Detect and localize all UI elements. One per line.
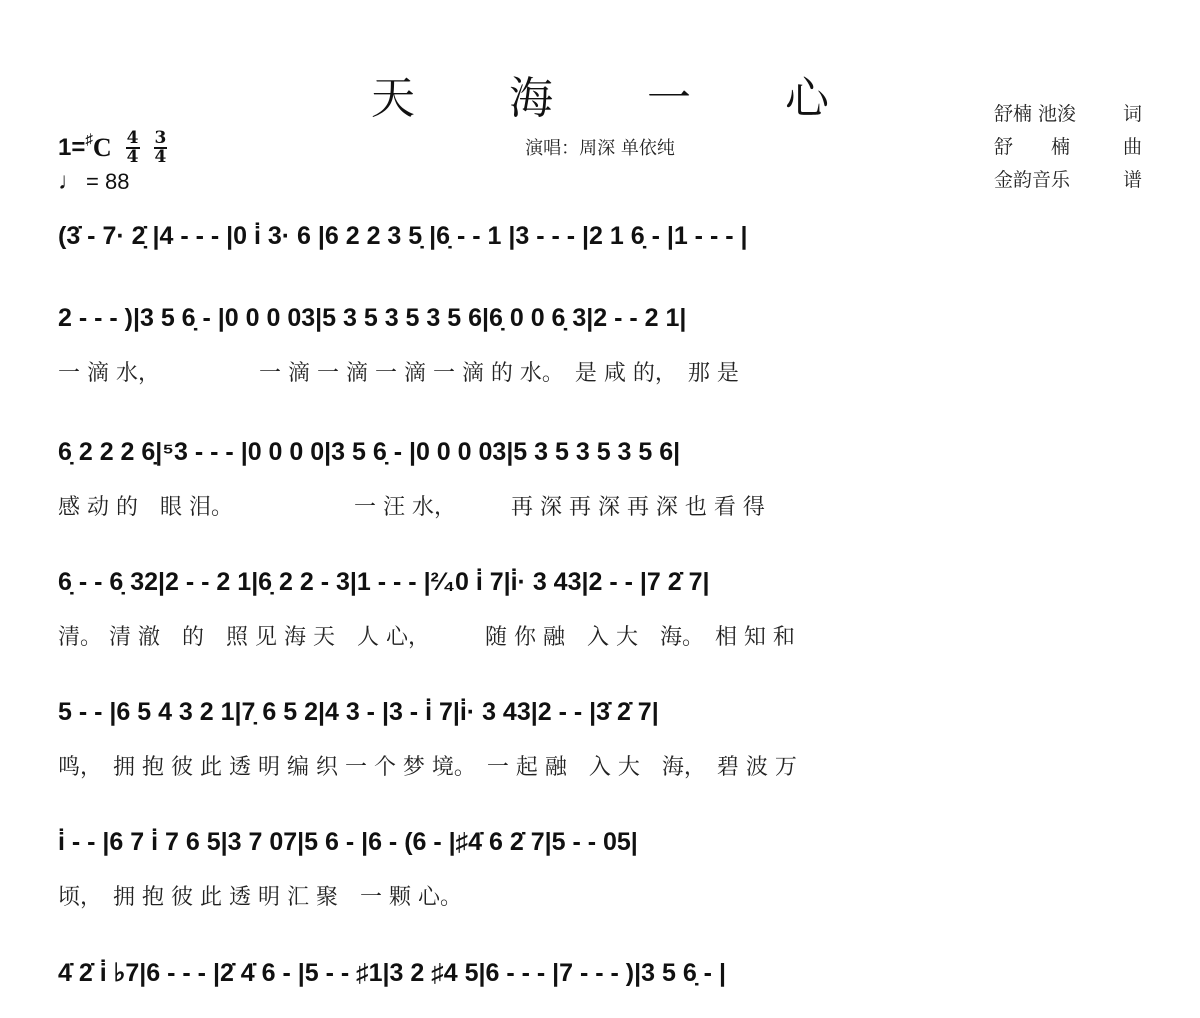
time-signature-3-4: 3 4 bbox=[154, 130, 168, 165]
tempo-marking: ♩ = 88 bbox=[58, 168, 129, 196]
credit-name: 舒楠 池浚 bbox=[994, 98, 1076, 131]
key-note: C bbox=[93, 133, 112, 163]
credit-name: 舒 楠 bbox=[994, 131, 1070, 164]
tempo-value: = 88 bbox=[86, 169, 129, 195]
staff-row-1: (3̇ - 7· 2̣̇ |4 - - - |0 i̇ 3· 6 |6 2 2 … bbox=[58, 222, 1148, 268]
notes: 2 - - - )|3 5 6̣ - |0 0 0 03|5 3 5 3 5 3… bbox=[58, 304, 1148, 350]
credit-name: 金韵音乐 bbox=[994, 164, 1070, 197]
credit-role: 曲 bbox=[1123, 131, 1142, 164]
notes: i̇ - - |6 7 i̇ 7 6 5|3 7 07|5 6 - |6 - (… bbox=[58, 828, 1148, 874]
notes: 6̣ 2 2 2 6̣|⁵3 - - - |0 0 0 0|3 5 6̣ - |… bbox=[58, 438, 1148, 484]
staff-row-7: 4̇ 2̇ i̇ ♭7|6 - - - |2̇ 4̇ 6 - |5 - - ♯1… bbox=[58, 958, 1148, 1004]
credit-composer: 舒 楠 曲 bbox=[994, 131, 1142, 164]
notes: 6̣ - - 6̣ 32|2 - - 2 1|6̣ 2 2 - 3|1 - - … bbox=[58, 568, 1148, 614]
staff-row-4: 6̣ - - 6̣ 32|2 - - 2 1|6̣ 2 2 - 3|1 - - … bbox=[58, 568, 1148, 656]
lyrics: 感 动 的 眼 泪。 一 汪 水， 再 深 再 深 再 深 也 看 得 bbox=[58, 490, 1148, 526]
time-bottom: 4 bbox=[127, 149, 139, 165]
sheet-music-page: 天 海 一 心 演唱：周深 单依纯 舒楠 池浚 词 舒 楠 曲 金韵音乐 谱 1… bbox=[0, 0, 1200, 1018]
lyrics: 一 滴 水， 一 滴 一 滴 一 滴 一 滴 的 水。 是 咸 的， 那 是 bbox=[58, 356, 1148, 392]
staff-row-6: i̇ - - |6 7 i̇ 7 6 5|3 7 07|5 6 - |6 - (… bbox=[58, 828, 1148, 916]
lyrics: 鸣， 拥 抱 彼 此 透 明 编 织 一 个 梦 境。 一 起 融 入 大 海，… bbox=[58, 750, 1148, 786]
quarter-note-icon: ♩ bbox=[58, 168, 82, 196]
staff-row-3: 6̣ 2 2 2 6̣|⁵3 - - - |0 0 0 0|3 5 6̣ - |… bbox=[58, 438, 1148, 526]
key-number: 1= bbox=[58, 134, 85, 162]
credit-lyricist: 舒楠 池浚 词 bbox=[994, 98, 1142, 131]
lyrics: 清。 清 澈 的 照 见 海 天 人 心， 随 你 融 入 大 海。 相 知 和 bbox=[58, 620, 1148, 656]
time-bottom: 4 bbox=[155, 149, 167, 165]
notes: 4̇ 2̇ i̇ ♭7|6 - - - |2̇ 4̇ 6 - |5 - - ♯1… bbox=[58, 958, 1148, 1004]
staff-row-5: 5 - - |6 5 4 3 2 1|7̣ 6 5 2|4 3 - |3 - i… bbox=[58, 698, 1148, 786]
notes: (3̇ - 7· 2̣̇ |4 - - - |0 i̇ 3· 6 |6 2 2 … bbox=[58, 222, 1148, 268]
lyrics: 顷， 拥 抱 彼 此 透 明 汇 聚 一 颗 心。 bbox=[58, 880, 1148, 916]
time-signature-4-4: 4 4 bbox=[126, 130, 140, 165]
notes: 5 - - |6 5 4 3 2 1|7̣ 6 5 2|4 3 - |3 - i… bbox=[58, 698, 1148, 744]
sharp-icon: ♯ bbox=[85, 131, 93, 148]
credit-role: 词 bbox=[1123, 98, 1142, 131]
credits: 舒楠 池浚 词 舒 楠 曲 金韵音乐 谱 bbox=[994, 98, 1142, 197]
credit-role: 谱 bbox=[1123, 164, 1142, 197]
key-signature: 1= ♯ C 4 4 3 4 bbox=[58, 130, 167, 165]
credit-transcriber: 金韵音乐 谱 bbox=[994, 164, 1142, 197]
staff-row-2: 2 - - - )|3 5 6̣ - |0 0 0 03|5 3 5 3 5 3… bbox=[58, 304, 1148, 392]
